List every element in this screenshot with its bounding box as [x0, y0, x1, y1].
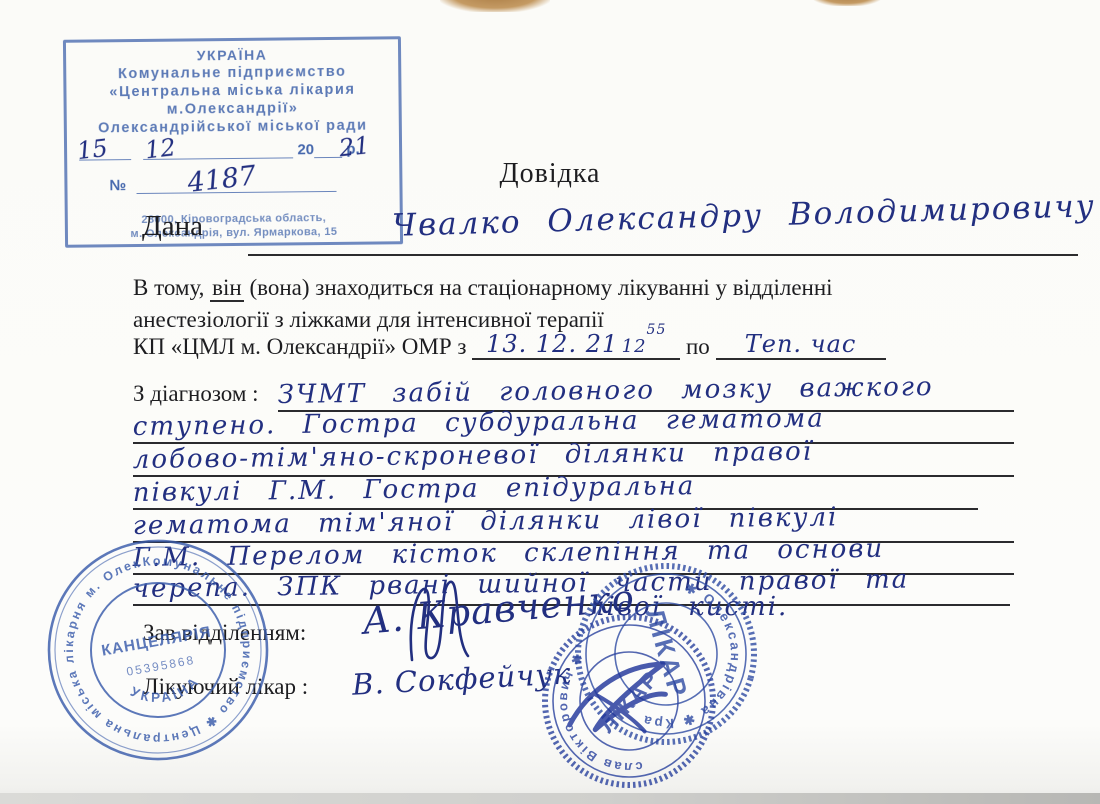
scan-smudge-right	[812, 0, 882, 6]
diagnosis-text-3: лобово-тім'яно-скроневої ділянки правої	[133, 437, 814, 475]
from-time-sup: 55	[647, 322, 667, 338]
document-title: Довідка	[0, 158, 1100, 190]
registry-round-stamp: Комунальне підприємство ✱ Центральна міс…	[24, 516, 293, 785]
from-date-blank: 13. 12. 21 1255	[472, 330, 680, 360]
diagnosis-text-1: ЗЧМТ забій головного мозку важкого	[278, 372, 934, 410]
body-line3: КП «ЦМЛ м. Олександрії» ОМР з 13. 12. 21…	[133, 330, 1093, 360]
body-line3-start: КП «ЦМЛ м. Олександрії» ОМР з	[133, 334, 467, 359]
registry-center-line2: 05395868	[125, 653, 196, 679]
scan-smudge-left	[440, 0, 550, 12]
body-line1-he: він	[210, 275, 244, 302]
body-line3-po: по	[686, 334, 710, 359]
diagnosis-label: З діагнозом :	[133, 381, 259, 407]
diagnosis-text-2: ступено. Гостра субдуральна гематома	[133, 404, 825, 442]
registry-center-line3: УКРАЇНА	[126, 671, 206, 710]
registry-center-line1: КАНЦЕЛЯРІЯ	[100, 624, 213, 660]
hospital-header-stamp: УКРАЇНА Комунальне підприємство «Централ…	[63, 36, 403, 248]
from-date-handwritten: 13. 12. 21 1255	[486, 330, 666, 358]
to-handwritten: Теп. час	[745, 330, 857, 358]
to-blank: Теп. час	[716, 330, 886, 360]
body-paragraph: В тому, він (вона) знаходиться на стаціо…	[133, 272, 1093, 336]
scan-edge-bottom	[0, 793, 1100, 804]
body-line2: анестезіології з ліжками для інтенсивної…	[133, 307, 604, 332]
diagnosis-text-4: півкулі Г.М. Гостра епідуральна	[133, 471, 696, 508]
body-line1-start: В тому,	[133, 275, 204, 300]
from-time: 12	[622, 336, 647, 357]
year-prefix: 20	[297, 141, 314, 158]
body-line1-rest: (вона) знаходиться на стаціонарному ліку…	[249, 275, 832, 300]
doctor-stamp-2: слав Вікторович ✱ ЛІКАР	[521, 593, 737, 804]
given-label: Дана	[142, 210, 203, 243]
scanned-medical-certificate: УКРАЇНА Комунальне підприємство «Централ…	[0, 0, 1100, 804]
svg-text:УКРАЇНА: УКРАЇНА	[126, 671, 206, 710]
